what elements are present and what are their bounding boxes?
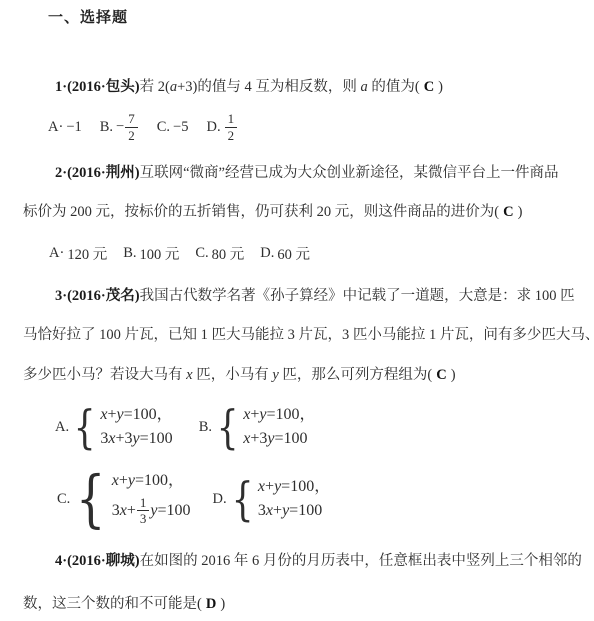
equation-c-2: 3x+13y=100 (112, 496, 191, 526)
question-2-option-b: B.100 元 (123, 243, 179, 264)
question-1-option-b: B.−72 (100, 112, 139, 142)
option-d-label: D. (213, 491, 227, 508)
option-b-value: −72 (116, 112, 139, 142)
question-2-option-c: C.80 元 (195, 243, 244, 264)
option-b-label: B. (123, 245, 136, 262)
fraction: 12 (225, 112, 238, 142)
left-brace: { (217, 404, 239, 450)
question-4-text-line2: 数，这三个数的和不可能是( (23, 596, 202, 612)
question-3-number: 3·(2016·茂名) (55, 288, 140, 304)
question-2-options: A·120 元 B.100 元 C.80 元 D.60 元 (49, 242, 310, 264)
question-1-text: 若 2(a+3)的值与 4 互为相反数，则 a 的值为( (140, 79, 420, 95)
question-1-stem: 1·(2016·包头)若 2(a+3)的值与 4 互为相反数，则 a 的值为(C… (55, 77, 443, 97)
question-2-option-d: D.60 元 (260, 243, 310, 264)
option-a-value: 120 元 (67, 243, 107, 264)
option-b-value: 100 元 (139, 243, 179, 264)
question-4-answer: D (202, 596, 220, 612)
option-c-label: C. (195, 245, 208, 262)
question-4-close-paren: ) (220, 596, 225, 612)
option-c-label: C. (157, 119, 170, 136)
equation-d-1: x+y=100， (258, 478, 330, 496)
question-4-stem-line1: 4·(2016·聊城)在如图的 2016 年 6 月份的月历表中，任意框出表中竖… (55, 551, 582, 571)
equation-a-2: 3x+3y=100 (100, 430, 172, 448)
question-2-text-line2: 标价为 200 元，按标价的五折销售，仍可获利 20 元，则这件商品的进价为( (23, 204, 499, 220)
question-3-stem-line3: 多少匹小马？若设大马有 x 匹，小马有 y 匹，那么可列方程组为(C) (23, 365, 456, 385)
question-3-option-b: B. { x+y=100， x+3y=100 (199, 404, 316, 450)
question-2-stem-line2: 标价为 200 元，按标价的五折销售，仍可获利 20 元，则这件商品的进价为(C… (23, 202, 522, 222)
question-4-text-line1: 在如图的 2016 年 6 月份的月历表中，任意框出表中竖列上三个相邻的 (140, 553, 582, 569)
question-3-close-paren: ) (451, 367, 456, 383)
option-d-label: D. (206, 119, 220, 136)
question-3-options-row-1: A. { x+y=100， 3x+3y=100 B. { x+y=100， x+… (55, 399, 316, 455)
option-a-label: A· (49, 245, 64, 262)
question-4-number: 4·(2016·聊城) (55, 553, 140, 569)
option-a-value: −1 (66, 119, 81, 136)
question-3-option-c: C. { x+y=100， 3x+13y=100 (57, 468, 191, 530)
left-brace: { (231, 476, 253, 522)
left-brace: { (76, 468, 106, 530)
equation-system-c: x+y=100， 3x+13y=100 (112, 472, 191, 526)
section-title: 一、选择题 (48, 8, 128, 28)
question-2-number: 2·(2016·荆州) (55, 165, 140, 181)
question-2-close-paren: ) (518, 204, 523, 220)
option-b-label: B. (100, 119, 113, 136)
question-1-number: 1·(2016·包头) (55, 79, 140, 95)
question-1-options: A·−1 B.−72 C.−5 D.12 (48, 105, 238, 149)
question-4-stem-line2: 数，这三个数的和不可能是(D) (23, 594, 225, 614)
left-brace: { (74, 404, 96, 450)
fraction: 13 (137, 496, 150, 526)
option-c-label: C. (57, 491, 70, 508)
option-a-label: A· (48, 119, 63, 136)
question-1-option-d: D.12 (206, 112, 238, 142)
equation-b-1: x+y=100， (243, 406, 315, 424)
question-3-text-line1: 我国古代数学名著《孙子算经》中记载了一道题，大意是：求 100 匹 (140, 288, 575, 304)
equation-d-2: 3x+y=100 (258, 502, 330, 520)
equation-system-a: x+y=100， 3x+3y=100 (100, 406, 172, 448)
question-3-stem-line1: 3·(2016·茂名)我国古代数学名著《孙子算经》中记载了一道题，大意是：求 1… (55, 286, 575, 306)
equation-a-1: x+y=100， (100, 406, 172, 424)
equation-system-d: x+y=100， 3x+y=100 (258, 478, 330, 520)
question-3-text-line3: 多少匹小马？若设大马有 x 匹，小马有 y 匹，那么可列方程组为( (23, 367, 432, 383)
question-1-option-a: A·−1 (48, 119, 82, 136)
option-a-label: A. (55, 419, 69, 436)
question-3-stem-line2: 马恰好拉了 100 片瓦，已知 1 匹大马能拉 3 片瓦，3 匹小马能拉 1 片… (23, 325, 594, 345)
question-1-answer: C (420, 79, 438, 95)
question-3-answer: C (432, 367, 450, 383)
question-1-option-c: C.−5 (157, 119, 189, 136)
option-d-label: D. (260, 245, 274, 262)
question-3-options-row-2: C. { x+y=100， 3x+13y=100 D. { x+y=100， 3… (57, 463, 330, 535)
equation-system-b: x+y=100， x+3y=100 (243, 406, 315, 448)
option-d-value: 60 元 (277, 243, 310, 264)
equation-b-2: x+3y=100 (243, 430, 315, 448)
option-b-label: B. (199, 419, 212, 436)
question-1-close-paren: ) (438, 79, 443, 95)
question-2-text-line1: 互联网“微商”经营已成为大众创业新途径，某微信平台上一件商品 (140, 165, 559, 181)
option-c-value: 80 元 (212, 243, 245, 264)
option-d-value: 12 (224, 112, 239, 142)
question-3-text-line2: 马恰好拉了 100 片瓦，已知 1 匹大马能拉 3 片瓦，3 匹小马能拉 1 片… (23, 327, 594, 343)
question-3-option-a: A. { x+y=100， 3x+3y=100 (55, 404, 173, 450)
question-2-option-a: A·120 元 (49, 243, 107, 264)
question-2-answer: C (499, 204, 517, 220)
fraction: 72 (125, 112, 138, 142)
equation-c-1: x+y=100， (112, 472, 191, 490)
option-c-value: −5 (173, 119, 188, 136)
question-3-option-d: D. { x+y=100， 3x+y=100 (213, 476, 331, 522)
exam-page: 一、选择题 1·(2016·包头)若 2(a+3)的值与 4 互为相反数，则 a… (0, 0, 594, 621)
question-2-stem-line1: 2·(2016·荆州)互联网“微商”经营已成为大众创业新途径，某微信平台上一件商… (55, 163, 558, 183)
